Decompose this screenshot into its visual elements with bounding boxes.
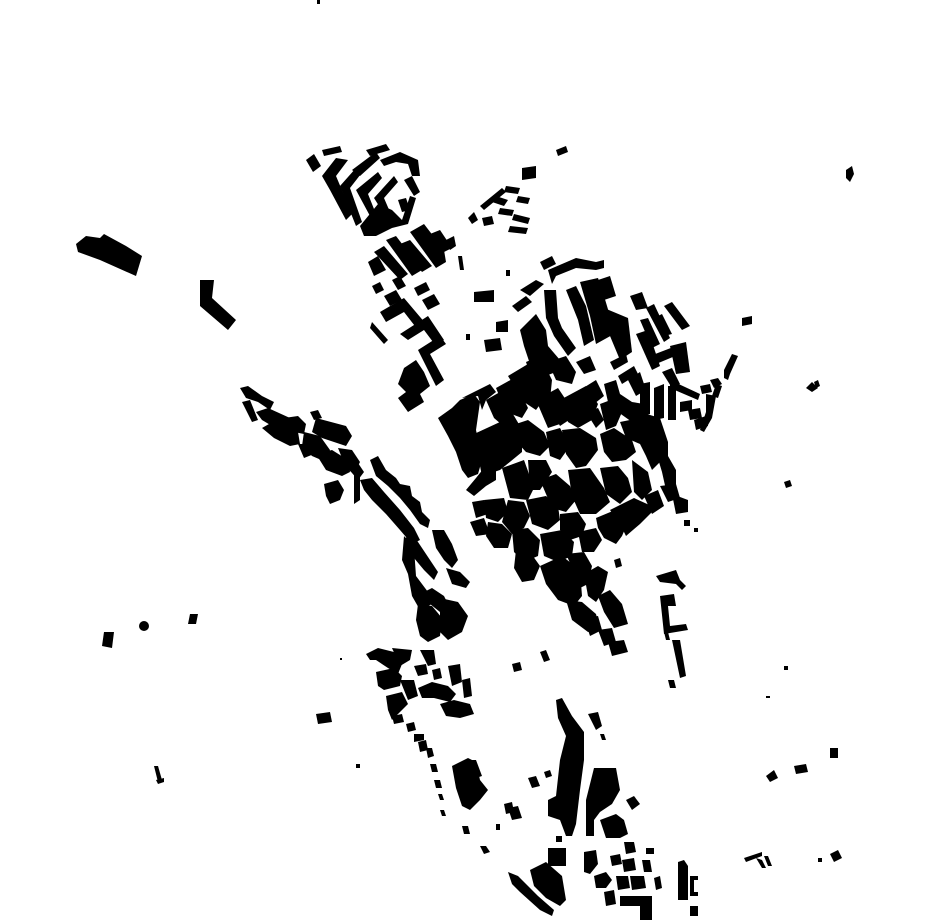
building-footprint (474, 290, 494, 302)
building-footprint (678, 860, 688, 900)
building-footprint (496, 824, 500, 830)
building-footprint (616, 876, 630, 890)
building-footprint (694, 528, 698, 532)
building-footprint (646, 848, 654, 854)
building-footprint (484, 338, 502, 352)
round-building-footprint (139, 621, 149, 631)
building-footprint (340, 658, 342, 660)
building-footprint (622, 858, 636, 872)
building-footprint (766, 696, 770, 698)
building-footprint (604, 890, 616, 906)
building-footprint (640, 382, 650, 416)
figure-ground-map (0, 0, 930, 924)
building-footprint (102, 632, 114, 648)
building-footprint (668, 386, 676, 420)
building-footprint (354, 472, 360, 504)
building-footprint (466, 334, 470, 340)
building-footprint (548, 848, 566, 866)
building-footprint (684, 520, 690, 526)
building-footprint (556, 836, 562, 842)
building-footprint (654, 384, 664, 420)
building-footprint (317, 0, 320, 4)
building-footprint (630, 876, 646, 890)
building-footprint (784, 666, 788, 670)
building-footprint (316, 712, 332, 724)
building-footprint (830, 748, 838, 758)
building-footprint (610, 854, 622, 866)
building-footprint (624, 842, 636, 854)
building-footprint (496, 320, 508, 332)
round-building-footprint (818, 858, 822, 862)
building-footprint (598, 792, 610, 800)
building-footprint (690, 906, 698, 916)
building-footprint (356, 764, 360, 768)
building-footprint (522, 166, 536, 180)
building-footprint (506, 270, 510, 276)
